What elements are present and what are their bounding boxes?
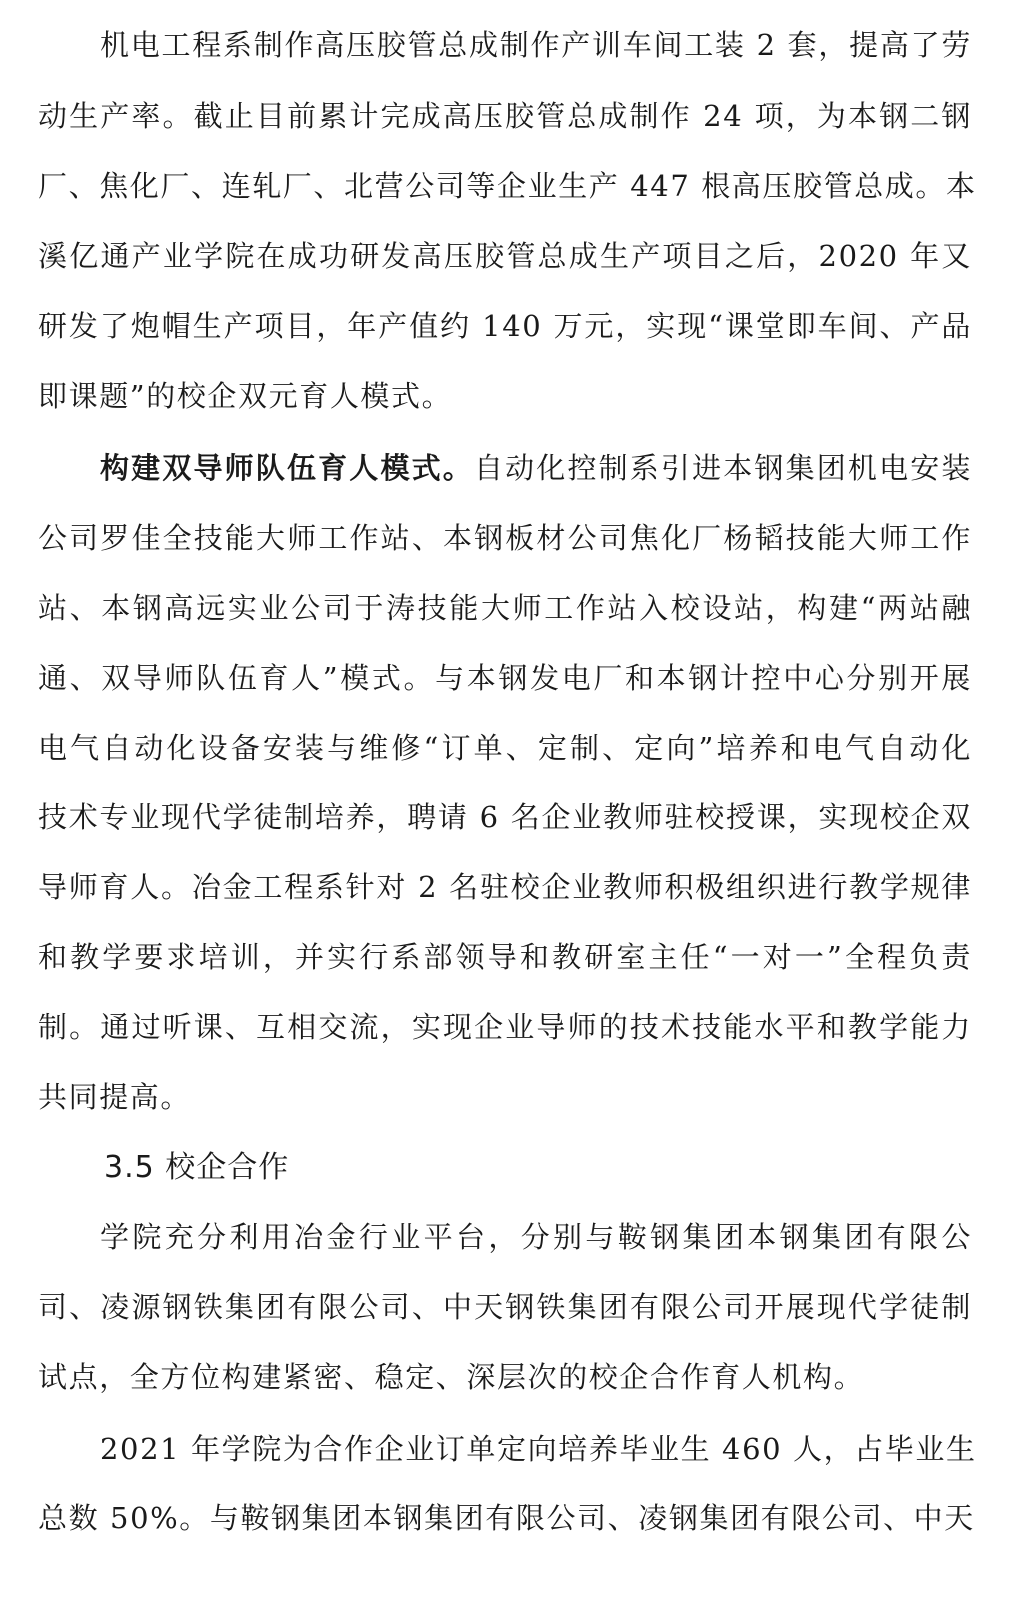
paragraph-2-line-7: 导师育人。冶金工程系针对 2 名驻校企业教师积极组织进行教学规律 xyxy=(38,867,972,907)
paragraph-2-bold-lead: 构建双导师队伍育人模式。 xyxy=(100,451,474,485)
paragraph-2-first-line-rest: 自动化控制系引进本钢集团机电安装 xyxy=(474,451,972,485)
paragraph-2-line-1: 构建双导师队伍育人模式。自动化控制系引进本钢集团机电安装 xyxy=(100,448,972,488)
paragraph-1-line-5: 研发了炮帽生产项目，年产值约 140 万元，实现“课堂即车间、产品 xyxy=(38,306,972,346)
paragraph-4-line-1: 2021 年学院为合作企业订单定向培养毕业生 460 人，占毕业生 xyxy=(100,1429,972,1469)
paragraph-3-line-3: 试点，全方位构建紧密、稳定、深层次的校企合作育人机构。 xyxy=(38,1357,972,1397)
paragraph-2-line-8: 和教学要求培训，并实行系部领导和教研室主任“一对一”全程负责 xyxy=(38,937,972,977)
paragraph-2-line-3: 站、本钢高远实业公司于涛技能大师工作站入校设站，构建“两站融 xyxy=(38,588,972,628)
paragraph-2-line-4: 通、双导师队伍育人”模式。与本钢发电厂和本钢计控中心分别开展 xyxy=(38,658,972,698)
paragraph-2-line-5: 电气自动化设备安装与维修“订单、定制、定向”培养和电气自动化 xyxy=(38,728,972,768)
document-page: 机电工程系制作高压胶管总成制作产训车间工装 2 套，提高了劳 动生产率。截止目前… xyxy=(0,0,1024,1599)
paragraph-3-line-2: 司、凌源钢铁集团有限公司、中天钢铁集团有限公司开展现代学徒制 xyxy=(38,1287,972,1327)
paragraph-1-line-2: 动生产率。截止目前累计完成高压胶管总成制作 24 项，为本钢二钢 xyxy=(38,96,972,136)
paragraph-1-line-3: 厂、焦化厂、连轧厂、北营公司等企业生产 447 根高压胶管总成。本 xyxy=(38,166,972,206)
paragraph-1-line-6: 即课题”的校企双元育人模式。 xyxy=(38,376,972,416)
paragraph-2-line-2: 公司罗佳全技能大师工作站、本钢板材公司焦化厂杨韬技能大师工作 xyxy=(38,518,972,558)
paragraph-3-line-1: 学院充分利用冶金行业平台，分别与鞍钢集团本钢集团有限公 xyxy=(100,1217,972,1257)
paragraph-1-line-4: 溪亿通产业学院在成功研发高压胶管总成生产项目之后，2020 年又 xyxy=(38,236,972,276)
paragraph-1-line-1: 机电工程系制作高压胶管总成制作产训车间工装 2 套，提高了劳 xyxy=(100,25,972,65)
paragraph-2-line-9: 制。通过听课、互相交流，实现企业导师的技术技能水平和教学能力 xyxy=(38,1007,972,1047)
paragraph-2-line-10: 共同提高。 xyxy=(38,1077,972,1117)
paragraph-2-line-6: 技术专业现代学徒制培养，聘请 6 名企业教师驻校授课，实现校企双 xyxy=(38,797,972,837)
paragraph-4-line-2: 总数 50%。与鞍钢集团本钢集团有限公司、凌钢集团有限公司、中天 xyxy=(38,1498,972,1538)
section-heading: 3.5 校企合作 xyxy=(104,1148,289,1188)
